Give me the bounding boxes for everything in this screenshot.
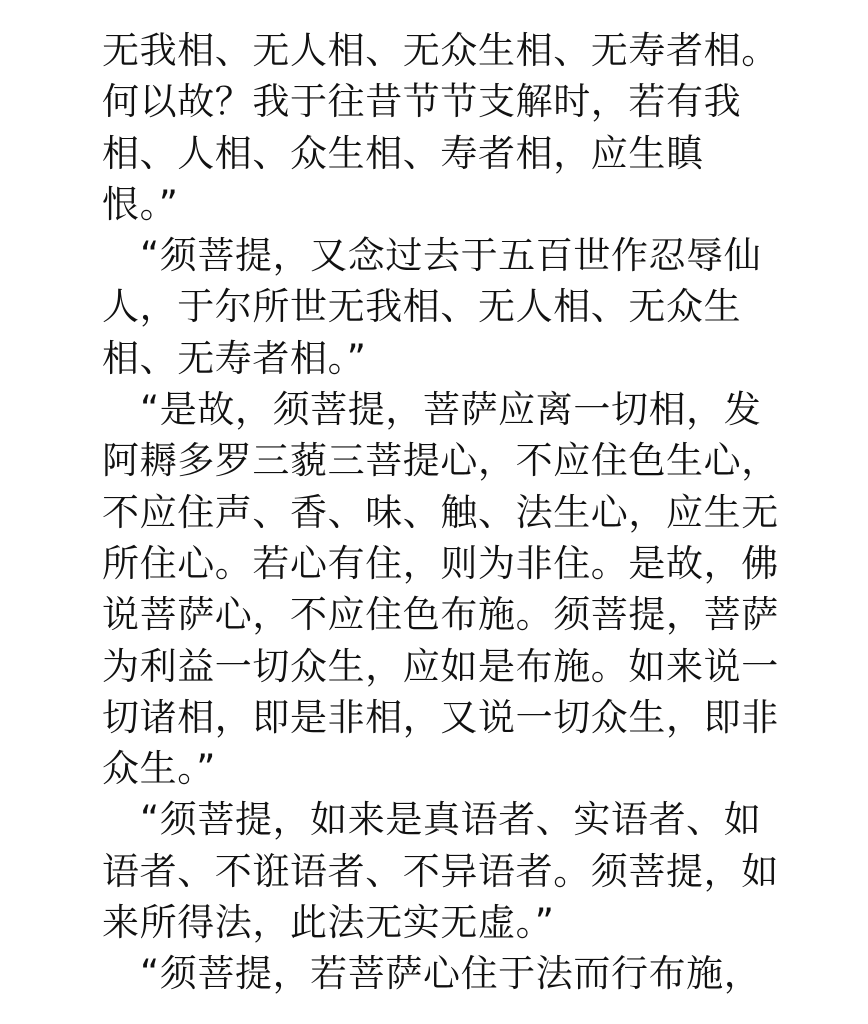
text-line: 为利益一切众生，应如是布施。如来说一	[102, 641, 802, 692]
text-line: 无我相、无人相、无众生相、无寿者相。	[102, 25, 802, 76]
text-line: 来所得法，此法无实无虚。”	[102, 897, 802, 948]
text-line: 众生。”	[102, 743, 802, 794]
text-line: 阿耨多罗三藐三菩提心，不应住色生心，	[102, 435, 802, 486]
paragraph-start-line: “须菩提，若菩萨心住于法而行布施，	[102, 948, 802, 999]
text-line: 不应住声、香、味、触、法生心，应生无	[102, 487, 802, 538]
text-line: 相、无寿者相。”	[102, 333, 802, 384]
document-page: 无我相、无人相、无众生相、无寿者相。 何以故？我于往昔节节支解时，若有我 相、人…	[0, 0, 868, 1024]
text-line: 何以故？我于往昔节节支解时，若有我	[102, 76, 802, 127]
paragraph-start-line: “须菩提，又念过去于五百世作忍辱仙	[102, 230, 802, 281]
paragraph-start-line: “是故，须菩提，菩萨应离一切相，发	[102, 384, 802, 435]
body-text: 无我相、无人相、无众生相、无寿者相。 何以故？我于往昔节节支解时，若有我 相、人…	[102, 25, 802, 1000]
text-line: 恨。”	[102, 179, 802, 230]
text-line: 语者、不诳语者、不异语者。须菩提，如	[102, 846, 802, 897]
text-line: 相、人相、众生相、寿者相，应生瞋	[102, 128, 802, 179]
text-line: 人，于尔所世无我相、无人相、无众生	[102, 281, 802, 332]
paragraph-start-line: “须菩提，如来是真语者、实语者、如	[102, 794, 802, 845]
text-line: 所住心。若心有住，则为非住。是故，佛	[102, 538, 802, 589]
text-line: 切诸相，即是非相，又说一切众生，即非	[102, 692, 802, 743]
text-line: 说菩萨心，不应住色布施。须菩提，菩萨	[102, 589, 802, 640]
